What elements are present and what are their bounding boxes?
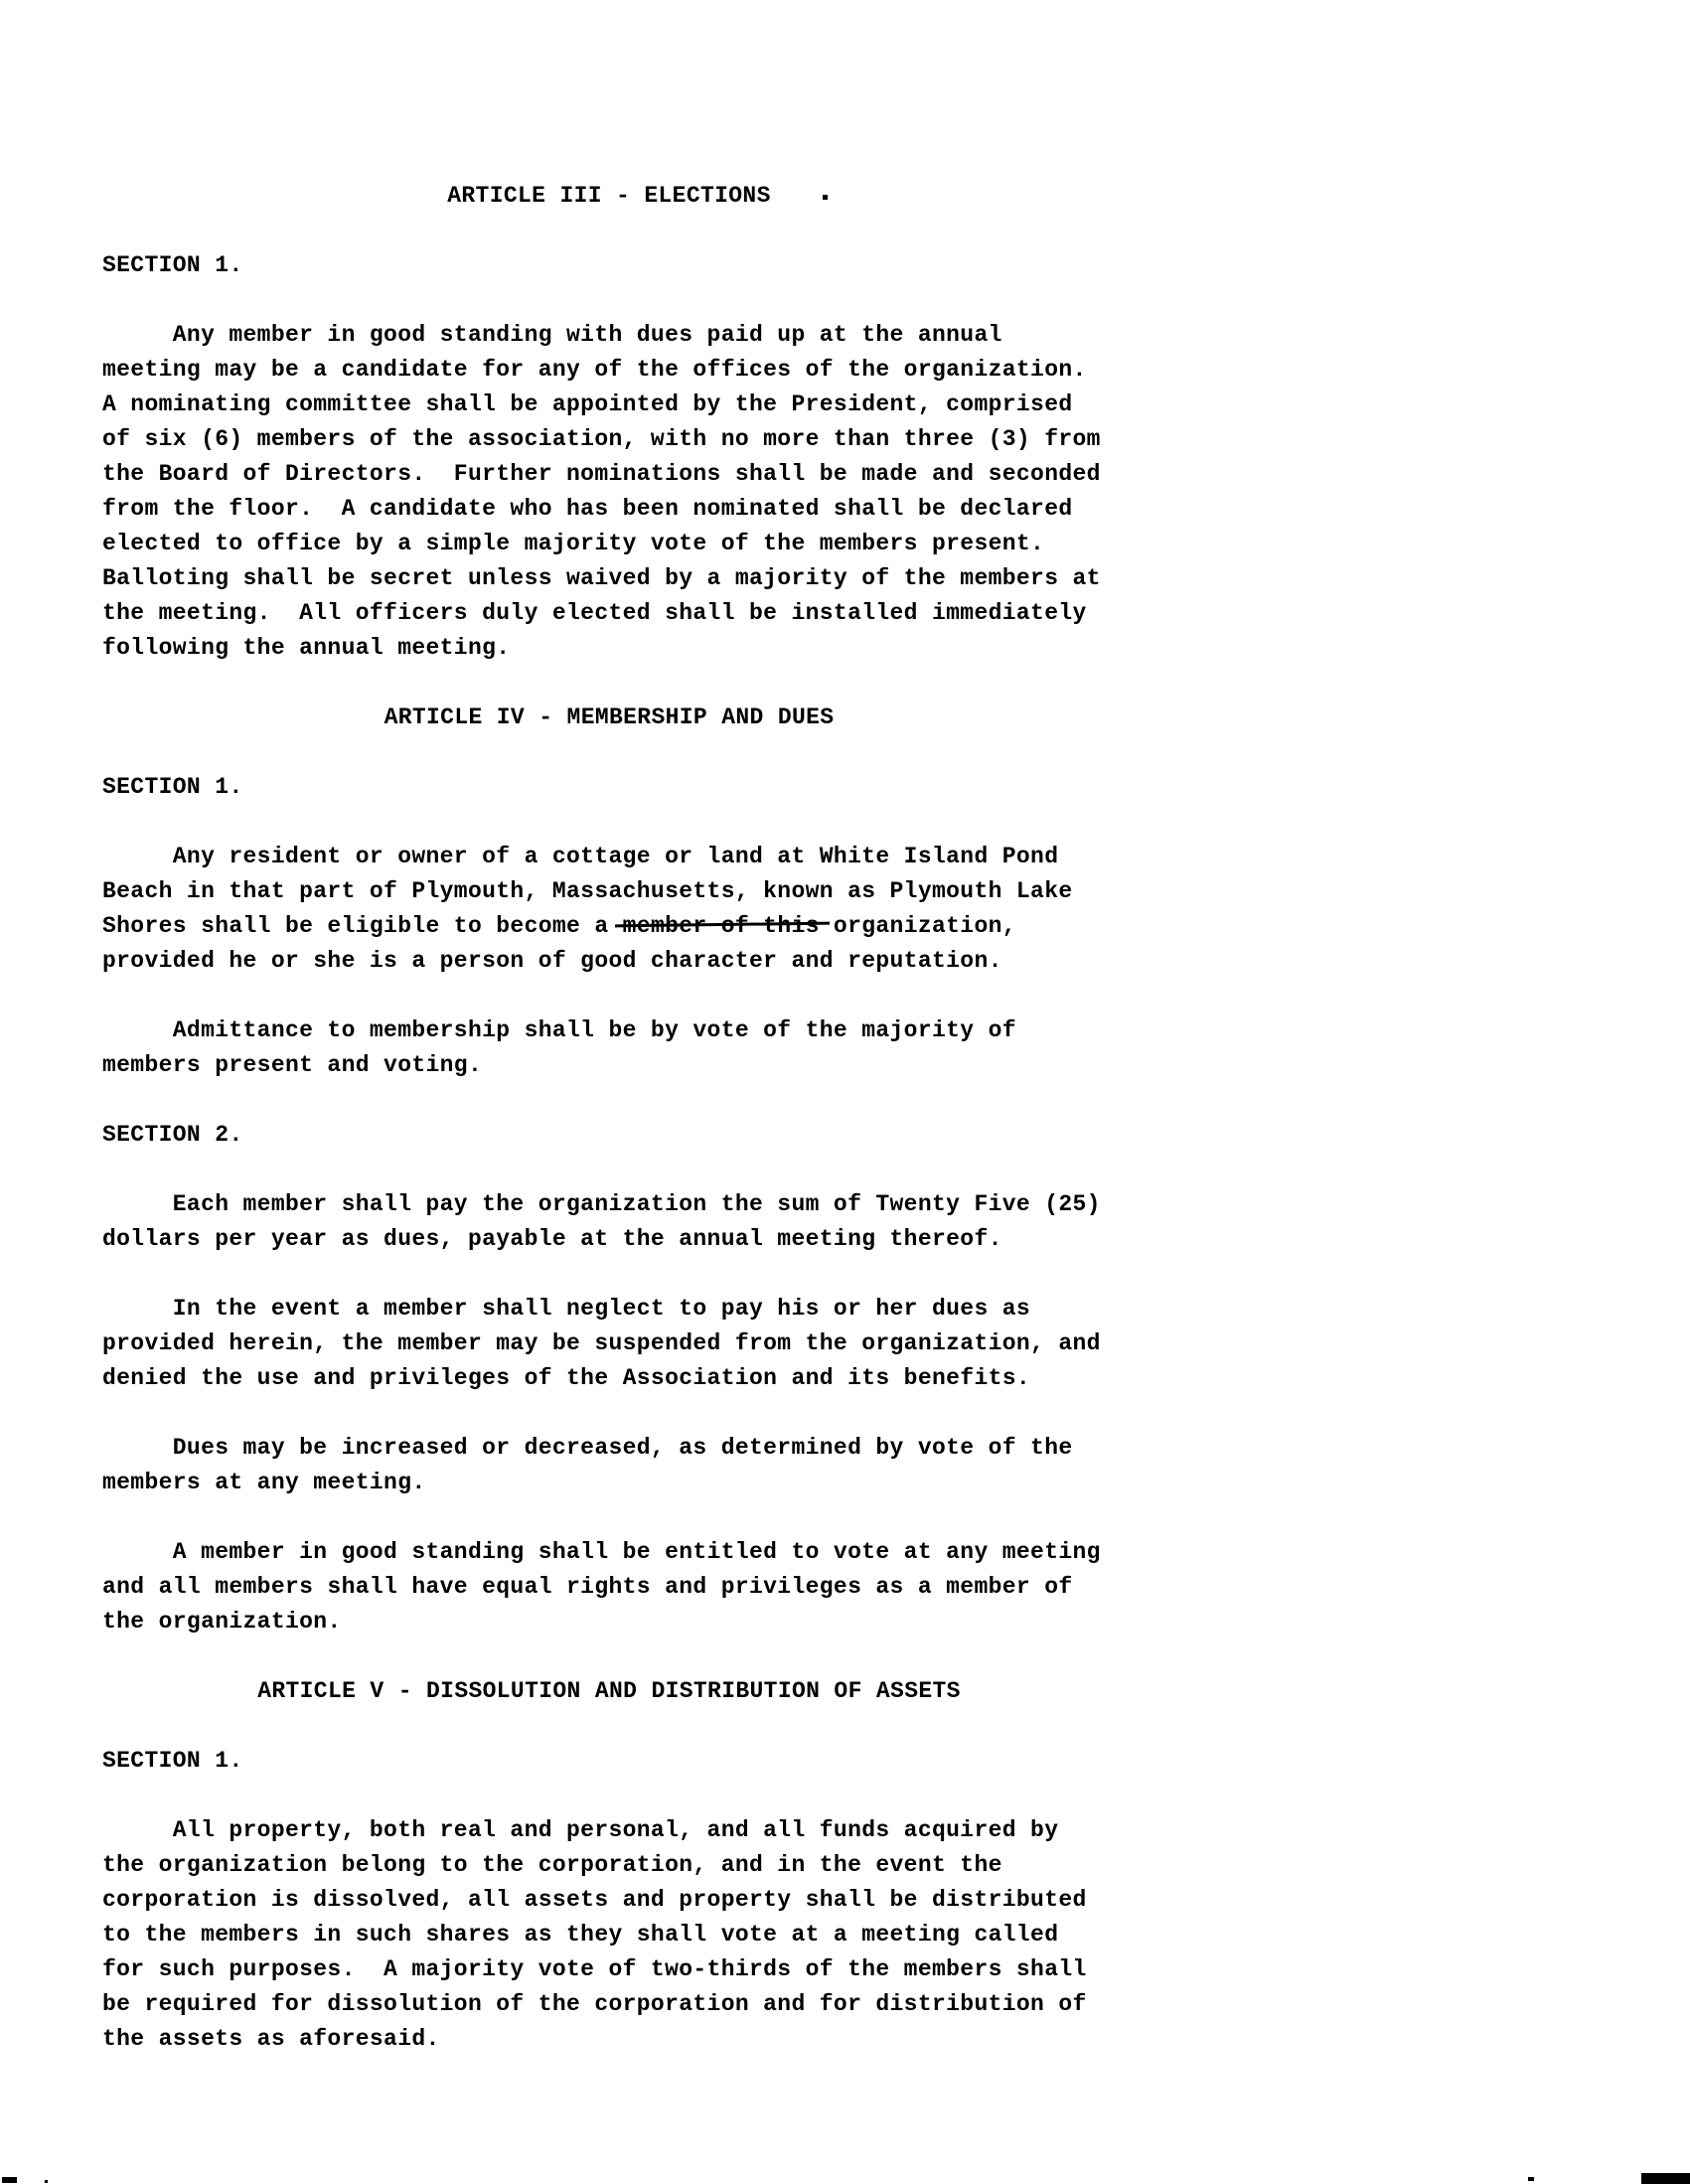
- document-line: and all members shall have equal rights …: [102, 1570, 1116, 1605]
- document-line: A member in good standing shall be entit…: [102, 1535, 1116, 1570]
- document-line: Admittance to membership shall be by vot…: [102, 1014, 1116, 1048]
- document-line: dollars per year as dues, payable at the…: [102, 1222, 1116, 1257]
- document-line: elected to office by a simple majority v…: [102, 527, 1116, 561]
- document-line: members present and voting.: [102, 1048, 1116, 1083]
- document-line: Each member shall pay the organization t…: [102, 1187, 1116, 1222]
- section-heading: SECTION 1.: [102, 1744, 1116, 1779]
- scan-artifact: [45, 2180, 48, 2183]
- document-line: A nominating committee shall be appointe…: [102, 388, 1116, 422]
- document-line: denied the use and privileges of the Ass…: [102, 1361, 1116, 1396]
- document-line: be required for dissolution of the corpo…: [102, 1987, 1116, 2022]
- document: ARTICLE III - ELECTIONSSECTION 1. Any me…: [102, 179, 1116, 2092]
- document-page: ARTICLE III - ELECTIONSSECTION 1. Any me…: [0, 0, 1690, 2184]
- paragraph: Admittance to membership shall be by vot…: [102, 1014, 1116, 1083]
- scan-artifact: [823, 195, 828, 200]
- scan-artifact: [1641, 2173, 1690, 2184]
- article-heading: ARTICLE IV - MEMBERSHIP AND DUES: [102, 701, 1116, 735]
- document-line: for such purposes. A majority vote of tw…: [102, 1952, 1116, 1987]
- document-line: Any member in good standing with dues pa…: [102, 318, 1116, 353]
- document-line: provided herein, the member may be suspe…: [102, 1326, 1116, 1361]
- paragraph: A member in good standing shall be entit…: [102, 1535, 1116, 1639]
- document-line: from the floor. A candidate who has been…: [102, 492, 1116, 527]
- document-line: In the event a member shall neglect to p…: [102, 1292, 1116, 1326]
- document-line: Shores shall be eligible to become a mem…: [102, 909, 1116, 944]
- document-line: meeting may be a candidate for any of th…: [102, 353, 1116, 388]
- article-heading: ARTICLE V - DISSOLUTION AND DISTRIBUTION…: [102, 1674, 1116, 1709]
- document-line: Balloting shall be secret unless waived …: [102, 561, 1116, 596]
- section-heading: SECTION 1.: [102, 248, 1116, 283]
- paragraph: Any member in good standing with dues pa…: [102, 318, 1116, 666]
- paragraph: Each member shall pay the organization t…: [102, 1187, 1116, 1257]
- scan-artifact: [1528, 2177, 1534, 2181]
- document-line: Dues may be increased or decreased, as d…: [102, 1431, 1116, 1466]
- paragraph: All property, both real and personal, an…: [102, 1813, 1116, 2057]
- document-line: the meeting. All officers duly elected s…: [102, 596, 1116, 631]
- document-line: following the annual meeting.: [102, 631, 1116, 666]
- paragraph: In the event a member shall neglect to p…: [102, 1292, 1116, 1396]
- article-heading: ARTICLE III - ELECTIONS: [102, 179, 1116, 214]
- section-heading: SECTION 2.: [102, 1118, 1116, 1153]
- document-line: All property, both real and personal, an…: [102, 1813, 1116, 1848]
- document-line: members at any meeting.: [102, 1466, 1116, 1500]
- document-line: the organization belong to the corporati…: [102, 1848, 1116, 1883]
- paragraph: Dues may be increased or decreased, as d…: [102, 1431, 1116, 1500]
- document-line: the organization.: [102, 1605, 1116, 1639]
- document-line: Beach in that part of Plymouth, Massachu…: [102, 874, 1116, 909]
- document-line: corporation is dissolved, all assets and…: [102, 1883, 1116, 1918]
- document-line: to the members in such shares as they sh…: [102, 1918, 1116, 1952]
- document-line: the assets as aforesaid.: [102, 2022, 1116, 2057]
- document-line: of six (6) members of the association, w…: [102, 422, 1116, 457]
- paragraph: Any resident or owner of a cottage or la…: [102, 840, 1116, 979]
- document-line: provided he or she is a person of good c…: [102, 944, 1116, 979]
- document-line: Any resident or owner of a cottage or la…: [102, 840, 1116, 874]
- section-heading: SECTION 1.: [102, 770, 1116, 805]
- scan-artifact: [2, 2177, 17, 2183]
- document-line: the Board of Directors. Further nominati…: [102, 457, 1116, 492]
- struck-text: member of this: [623, 909, 820, 944]
